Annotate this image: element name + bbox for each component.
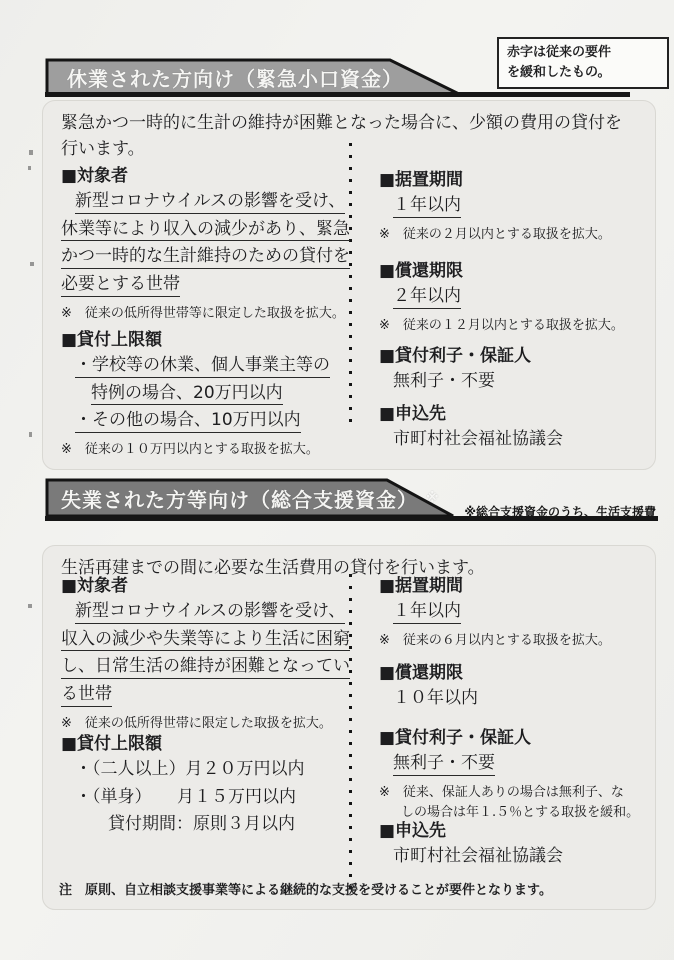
red-text-legend-box: 赤字は従来の要件 を緩和したもの。 [497, 37, 669, 89]
section2-title-text: 失業された方等向け（総合支援資金） [61, 484, 418, 513]
s2-apply-block: ■申込先 市町村社会福祉協議会 [379, 816, 563, 874]
legend-line-1: 赤字は従来の要件 [507, 43, 659, 63]
s1-grace-period-block: ■据置期間 １年以内 ※ 従来の２月以内とする取扱を拡大。 [379, 165, 611, 242]
s2-interest-note-line1: ※ 従来、保証人ありの場合は無利子、な [379, 781, 639, 800]
s1-loan-limit-line: ・その他の場合、10万円以内 [75, 410, 301, 433]
s2-target-heading: ■対象者 [61, 571, 350, 596]
section1-intro: 緊急かつ一時的に生計の維持が困難となった場合に、少額の費用の貸付を 行います。 [61, 110, 622, 163]
section2-title-asterisk: ※ [426, 491, 440, 506]
s2-loan-limit-line: 貸付期間：原則３月以内 [91, 814, 295, 835]
section2-footnote: 注 原則、自立相談支援事業等による継続的な支援を受けることが要件となります。 [59, 879, 552, 898]
s2-loan-limit-line: ・（二人以上）月２０万円以内 [75, 759, 305, 780]
scan-speck [28, 604, 32, 608]
s2-apply-value: 市町村社会福祉協議会 [393, 846, 563, 867]
s2-loan-limit-line: ・（単身） 月１５万円以内 [75, 787, 296, 808]
s1-repayment-heading: ■償還期限 [379, 256, 624, 281]
s1-apply-block: ■申込先 市町村社会福祉協議会 [379, 399, 563, 457]
s1-loan-limit-line: 特例の場合、20万円以内 [91, 383, 283, 406]
s1-target-line: 休業等により収入の減少があり、緊急 [61, 219, 350, 242]
s2-grace-value: １年以内 [393, 601, 461, 624]
s2-target-line: 新型コロナウイルスの影響を受け、 [75, 601, 345, 624]
s2-target-line: 収入の減少や失業等により生活に困窮 [61, 629, 350, 652]
s1-repayment-value: ２年以内 [393, 286, 461, 309]
section2-title: 失業された方等向け（総合支援資金） ※ [45, 478, 457, 518]
s2-grace-period-block: ■据置期間 １年以内 ※ 従来の６月以内とする取扱を拡大。 [379, 571, 611, 648]
s2-grace-note: ※ 従来の６月以内とする取扱を拡大。 [379, 629, 611, 648]
s1-grace-heading: ■据置期間 [379, 165, 611, 190]
s1-apply-value: 市町村社会福祉協議会 [393, 429, 563, 450]
s2-repayment-heading: ■償還期限 [379, 658, 478, 683]
section2-side-note: ※総合支援資金のうち、生活支援費 [464, 503, 656, 520]
s1-apply-heading: ■申込先 [379, 399, 563, 424]
intro-line-2: 行います。 [61, 136, 622, 162]
s2-interest-block: ■貸付利子・保証人 無利子・不要 ※ 従来、保証人ありの場合は無利子、な しの場… [379, 723, 639, 820]
s1-interest-value: 無利子・不要 [393, 371, 495, 392]
s1-target-note: ※ 従来の低所得世帯等に限定した取扱を拡大。 [61, 302, 350, 321]
s1-grace-note: ※ 従来の２月以内とする取扱を拡大。 [379, 223, 611, 242]
s1-loan-limit-note: ※ 従来の１０万円以内とする取扱を拡大。 [61, 438, 330, 457]
s1-target-line: かつ一時的な生計維持のための貸付を [61, 246, 350, 269]
s1-grace-value: １年以内 [393, 195, 461, 218]
s2-repayment-block: ■償還期限 １０年以内 [379, 658, 478, 716]
section1-title: 休業された方向け（緊急小口資金） [45, 58, 463, 96]
s2-target-block: ■対象者 新型コロナウイルスの影響を受け、 収入の減少や失業等により生活に困窮 … [61, 571, 350, 731]
s2-loan-limit-heading: ■貸付上限額 [61, 729, 305, 754]
scan-speck [30, 262, 34, 266]
s1-loan-limit-block: ■貸付上限額 ・学校等の休業、個人事業主等の 特例の場合、20万円以内 ・その他… [61, 325, 330, 457]
legend-line-2: を緩和したもの。 [507, 63, 659, 83]
s1-loan-limit-heading: ■貸付上限額 [61, 325, 330, 350]
scan-speck [29, 432, 32, 437]
scan-speck [29, 150, 33, 155]
s2-interest-heading: ■貸付利子・保証人 [379, 723, 639, 748]
s1-loan-limit-line: ・学校等の休業、個人事業主等の [75, 355, 330, 378]
s1-target-block: ■対象者 新型コロナウイルスの影響を受け、 休業等により収入の減少があり、緊急 … [61, 161, 350, 321]
scan-speck [28, 166, 31, 170]
s2-apply-heading: ■申込先 [379, 816, 563, 841]
s1-repayment-note: ※ 従来の１２月以内とする取扱を拡大。 [379, 314, 624, 333]
s2-loan-limit-block: ■貸付上限額 ・（二人以上）月２０万円以内 ・（単身） 月１５万円以内 貸付期間… [61, 729, 305, 842]
s2-interest-value: 無利子・不要 [393, 753, 495, 776]
s2-repayment-value: １０年以内 [393, 688, 478, 709]
section1-banner: 休業された方向け（緊急小口資金） [45, 58, 463, 96]
s2-grace-heading: ■据置期間 [379, 571, 611, 596]
s2-target-line: し、日常生活の維持が困難となってい [61, 656, 350, 679]
section2-banner: 失業された方等向け（総合支援資金） ※ [45, 478, 457, 518]
s1-repayment-block: ■償還期限 ２年以内 ※ 従来の１２月以内とする取扱を拡大。 [379, 256, 624, 333]
section1-panel: 緊急かつ一時的に生計の維持が困難となった場合に、少額の費用の貸付を 行います。 … [42, 100, 656, 470]
section1-divider-rule [45, 92, 630, 97]
s1-interest-heading: ■貸付利子・保証人 [379, 341, 531, 366]
section2-panel: 生活再建までの間に必要な生活費用の貸付を行います。 ■対象者 新型コロナウイルス… [42, 545, 656, 910]
intro-line-1: 緊急かつ一時的に生計の維持が困難となった場合に、少額の費用の貸付を [61, 110, 622, 136]
s2-target-line: る世帯 [61, 684, 112, 707]
s1-interest-block: ■貸付利子・保証人 無利子・不要 [379, 341, 531, 399]
s1-target-heading: ■対象者 [61, 161, 350, 186]
s1-target-line: 必要とする世帯 [61, 274, 180, 297]
s1-target-line: 新型コロナウイルスの影響を受け、 [75, 191, 345, 214]
